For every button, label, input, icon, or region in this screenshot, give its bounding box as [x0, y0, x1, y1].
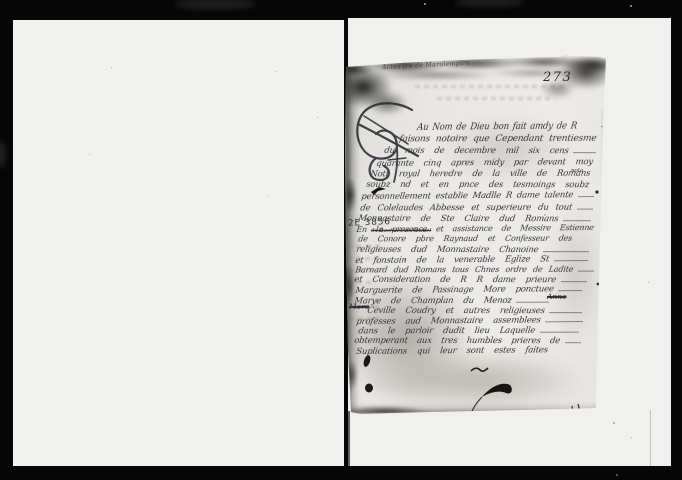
line-end-dash — [578, 271, 594, 272]
film-smudge — [0, 140, 5, 168]
manuscript-line: Suplications qui leur sont estes faites — [357, 345, 571, 357]
line-end-dash — [561, 281, 587, 282]
interlinear-correction: de Rachael et Abriael — [371, 228, 431, 234]
dust-speck — [631, 437, 632, 438]
line-end-dash — [573, 152, 596, 153]
line-end-dash — [516, 302, 549, 303]
manuscript-line-text: de Colelaudes Abbesse et superieure du t… — [360, 203, 573, 214]
manuscript-line-text: personnellement establie Madlle R dame t… — [361, 190, 574, 202]
manuscript-line: Nott royal heredre de la ville de Romans — [371, 169, 597, 180]
film-speck — [424, 3, 426, 5]
manuscript-line-text: de Conore pbre Raynaud et Confesseur des — [358, 234, 573, 244]
manuscript-line-text: dans le parloir dudit lieu Laquelle — [358, 326, 536, 337]
manuscript-line: Au Nom de Dieu bon fait amdy de R — [418, 120, 600, 132]
manuscript-line: soubz nd et en pnce des tesmoings soubz — [367, 180, 595, 190]
dust-speck — [275, 71, 276, 72]
dust-speck — [648, 282, 649, 283]
line-end-dash — [577, 209, 593, 210]
manuscript-line: quarante cinq apres midy par devant moy — [377, 157, 597, 169]
marginal-note: nota — [571, 168, 583, 174]
manuscript-line: personnellement establie Madlle R dame t… — [362, 190, 596, 202]
manuscript-page: Au Nom de Dieu bon fait amdy de Rfaisons… — [345, 55, 608, 414]
manuscript-line-text: quarante cinq apres midy par devant moy — [376, 157, 594, 169]
dust-speck — [613, 422, 615, 424]
under-sheet-edge — [650, 410, 651, 466]
manuscript-line: dans le parloir dudit lieu Laquelle — [359, 326, 581, 337]
line-end-dash — [545, 321, 583, 322]
manuscript-line-text: Barnard dud Romans tous Chnes ordre de L… — [355, 265, 574, 275]
book-left-page — [13, 20, 344, 466]
line-end-dash — [565, 342, 581, 343]
manuscript-line: Marye de Champlan du Menoz — [355, 296, 551, 307]
manuscript-line-text: religieuses dud Monnastaire Chanoine — [356, 245, 540, 255]
manuscript-line: de Conore pbre Raynaud et Confesseur des — [359, 234, 587, 245]
manuscript-line: faisons notoire que Cependant trentiesme — [400, 134, 600, 145]
dust-speck — [111, 67, 112, 68]
line-end-dash — [543, 251, 589, 252]
film-speck — [630, 5, 632, 7]
manuscript-line: de Colelaudes Abbesse et superieure du t… — [361, 203, 595, 214]
manuscript-line-text: Marguerite de Passinage More ponctuee — [355, 284, 555, 296]
manuscript-line-text: du mois de decembre mil six cens — [384, 146, 570, 156]
page-fold-line — [348, 411, 350, 466]
folio-number: 273 — [543, 70, 572, 85]
dust-speck — [317, 117, 318, 118]
manuscript-line-text: Au Nom de Dieu bon fait amdy de R — [417, 120, 578, 132]
manuscript-line: Barnard dud Romans tous Chnes ordre de L… — [356, 265, 596, 276]
line-end-dash — [554, 260, 588, 261]
manuscript-text: Au Nom de Dieu bon fait amdy de Rfaisons… — [345, 55, 608, 414]
manuscript-line-text: Ceville Coudry et autres religieuses — [367, 306, 546, 316]
dust-speck — [268, 196, 269, 197]
struck-word: More — [349, 302, 369, 311]
film-speck — [616, 474, 618, 476]
dust-speck — [89, 154, 90, 155]
microfilm-frame: Au Nom de Dieu bon fait amdy de Rfaisons… — [0, 0, 682, 480]
manuscript-line-text: faisons notoire que Cependant trentiesme — [399, 134, 597, 145]
line-end-dash — [578, 196, 594, 197]
line-end-dash — [549, 312, 582, 313]
manuscript-line: du mois de decembre mil six cens — [385, 146, 598, 156]
film-smudge — [175, 0, 255, 10]
line-end-dash — [563, 220, 591, 221]
page-fold-line — [344, 19, 346, 68]
struck-word: Anne — [547, 292, 567, 301]
manuscript-line-text: Nott royal heredre de la ville de Romans — [370, 169, 591, 180]
manuscript-line-text: Suplications qui leur sont estes faites — [356, 345, 549, 357]
manuscript-line-text: soubz nd et en pnce des tesmoings soubz — [366, 180, 590, 190]
line-end-dash — [540, 332, 579, 333]
manuscript-line-text: Marye de Champlan du Menoz — [354, 296, 513, 307]
film-smudge — [455, 0, 525, 7]
